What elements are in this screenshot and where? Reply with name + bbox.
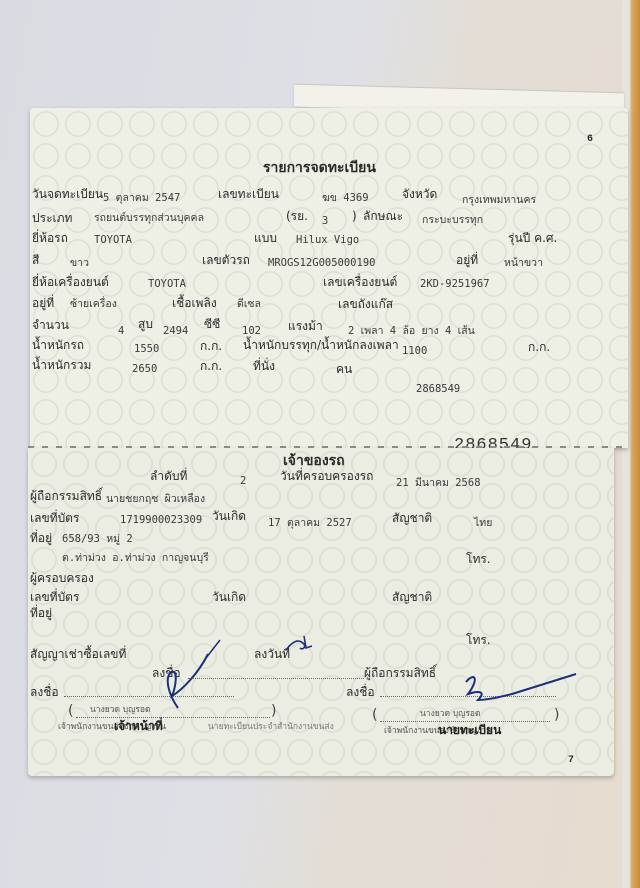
officer-paren-close: ) — [271, 704, 276, 718]
gas-tank-label: เลขถังแก๊ส — [338, 298, 393, 310]
model-year-label: รุ่นปี ค.ศ. — [508, 232, 557, 244]
total-weight-label: น้ำหนักรวม — [32, 359, 91, 371]
brand: TOYOTA — [94, 235, 132, 246]
registrar-role: นายทะเบียน — [438, 724, 501, 736]
id-card-label: เลขที่บัตร — [30, 512, 79, 524]
engine-location: ซ้ายเครื่อง — [70, 299, 117, 310]
horsepower-unit: แรงม้า — [288, 320, 323, 332]
officer-paren-open: ( — [68, 704, 73, 718]
phone-label: โทร. — [466, 553, 491, 565]
engine-number-label: เลขเครื่องยนต์ — [323, 276, 397, 288]
seats-unit: คน — [336, 363, 352, 375]
chassis-location-label: อยู่ที่ — [456, 254, 478, 266]
model-label: แบบ — [254, 232, 277, 244]
registration-date-label: วันจดทะเบียน — [32, 188, 103, 200]
body-style: กระบะบรรทุก — [422, 215, 483, 226]
possession-date: 21 มีนาคม 2568 — [396, 478, 481, 489]
registrar-sign-label: ลงชื่อ — [346, 686, 375, 698]
page-number: 7 — [568, 756, 574, 766]
color-label: สี — [32, 254, 39, 266]
address-line2: ต.ท่าม่วง อ.ท่าม่วง กาญจนบุรี — [62, 553, 209, 564]
possessor-label: ผู้ครอบครอง — [30, 572, 94, 584]
color: ขาว — [70, 258, 89, 269]
registrar-signature — [456, 670, 586, 710]
total-weight-unit: ก.ก. — [200, 360, 222, 372]
plate-number-label: เลขทะเบียน — [218, 188, 279, 200]
registrar-paren-open: ( — [372, 708, 377, 722]
owner-signature — [138, 634, 228, 714]
page-title: รายการจดทะเบียน — [263, 161, 376, 175]
brand-label: ยี่ห้อรถ — [32, 232, 68, 244]
page-number: 6 — [587, 135, 593, 145]
registration-details-page: 6 รายการจดทะเบียน วันจดทะเบียน 5 ตุลาคม … — [30, 108, 628, 448]
engine-cc: 2494 — [163, 326, 188, 337]
cylinders-label: จำนวน — [32, 319, 69, 331]
owner-sign-role: ผู้ถือกรรมสิทธิ์ — [364, 667, 436, 679]
engine-number: 2KD-9251967 — [420, 279, 490, 290]
ry-label-close: ) — [352, 210, 357, 222]
model: Hilux Vigo — [296, 235, 359, 246]
owner-name: นายชยกฤช ผิวเหลือง — [106, 494, 205, 505]
officer-role: เจ้าหน้าที่ — [114, 720, 163, 732]
possessor-id-label: เลขที่บัตร — [30, 591, 79, 603]
page-title: เจ้าของรถ — [283, 454, 345, 468]
nationality-label: สัญชาติ — [392, 512, 432, 524]
possessor-nationality-label: สัญชาติ — [392, 591, 432, 603]
order-label: ลำดับที่ — [150, 470, 187, 482]
province: กรุงเทพมหานคร — [462, 195, 536, 206]
registration-date: 5 ตุลาคม 2547 — [103, 193, 180, 204]
seats-label: ที่นั่ง — [253, 360, 275, 372]
dob-label: วันเกิด — [212, 510, 246, 522]
chassis-label: เลขตัวรถ — [202, 254, 250, 266]
fuel-label: เชื้อเพลิง — [172, 297, 217, 309]
date-of-birth: 17 ตุลาคม 2527 — [268, 518, 352, 529]
load-weight-unit: ก.ก. — [528, 341, 550, 353]
possessor-phone-label: โทร. — [466, 634, 491, 646]
id-card-number: 1719900023309 — [120, 515, 202, 526]
cylinders: 4 — [118, 326, 124, 337]
vehicle-weight-label: น้ำหนักรถ — [32, 339, 84, 351]
vehicle-weight-unit: ก.ก. — [200, 340, 222, 352]
date-signature — [282, 628, 322, 658]
body-style-label: ลักษณะ — [363, 210, 403, 222]
cylinders-unit: สูบ — [138, 318, 153, 330]
possessor-dob-label: วันเกิด — [212, 591, 246, 603]
vehicle-type: รถยนต์บรรทุกส่วนบุคคล — [94, 213, 204, 224]
plate-number: ฆข 4369 — [322, 193, 369, 204]
officer-sign-label: ลงชื่อ — [30, 686, 59, 698]
load-weight: 1100 — [402, 346, 427, 357]
officer-small-text2: นายทะเบียนประจำสำนักงานขนส่ง — [208, 723, 334, 732]
order-number: 2 — [240, 476, 246, 487]
province-label: จังหวัด — [402, 188, 437, 200]
horsepower: 102 — [242, 326, 261, 337]
registrar-name: นางยวด บุญรอด — [420, 710, 481, 719]
engine-brand-label: ยี่ห้อเครื่องยนต์ — [32, 276, 109, 288]
possessor-address-label: ที่อยู่ — [30, 607, 52, 619]
hire-purchase-label: สัญญาเช่าซื้อเลขที่ — [30, 648, 126, 660]
engine-brand: TOYOTA — [148, 279, 186, 290]
chassis-number: MROGS12G005000190 — [268, 258, 375, 269]
engine-location-label: อยู่ที่ — [32, 297, 54, 309]
owner-label: ผู้ถือกรรมสิทธิ์ — [30, 490, 102, 502]
registrar-paren-close: ) — [554, 708, 559, 722]
nationality: ไทย — [474, 518, 492, 529]
vehicle-owner-page: เจ้าของรถ ลำดับที่ 2 วันที่ครอบครองรถ 21… — [28, 448, 614, 776]
load-weight-label: น้ำหนักบรรทุก/น้ำหนักลงเพลา — [243, 339, 399, 351]
chassis-location: หน้าขวา — [504, 258, 543, 269]
registrar-name-line — [380, 721, 550, 722]
possession-date-label: วันที่ครอบครองรถ — [280, 470, 373, 482]
address-line1: 658/93 หมู่ 2 — [62, 534, 133, 545]
officer-name-line — [76, 717, 270, 718]
type-label: ประเภท — [32, 212, 72, 224]
serial-number: 2868549 — [416, 384, 460, 395]
ry-label-open: (รย. — [286, 210, 308, 222]
address-label: ที่อยู่ — [30, 532, 52, 544]
ry-value: 3 — [322, 216, 328, 227]
fuel: ดีเซล — [237, 299, 261, 310]
axles-wheels: 2 เพลา 4 ล้อ ยาง 4 เส้น — [348, 326, 475, 337]
cc-unit: ซีซี — [204, 318, 220, 330]
vehicle-weight: 1550 — [134, 344, 159, 355]
total-weight: 2650 — [132, 364, 157, 375]
